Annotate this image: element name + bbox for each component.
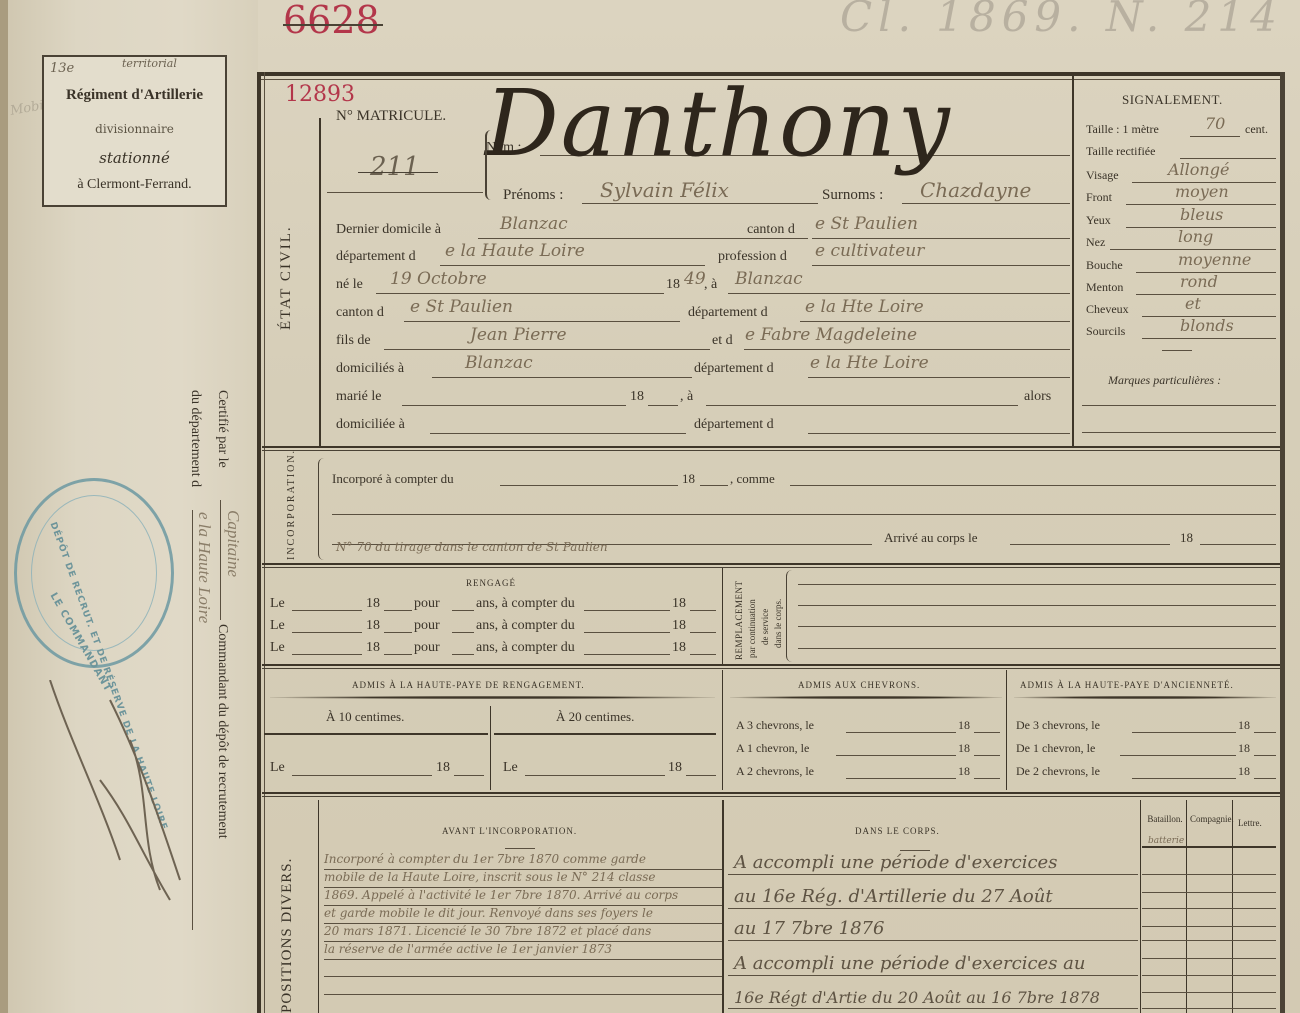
matricule-label: N° MATRICULE. bbox=[336, 108, 446, 125]
taille-line bbox=[1190, 136, 1240, 137]
tirage-note: N° 70 du tirage dans le canton de St Pau… bbox=[336, 540, 608, 554]
marques-label: Marques particulières : bbox=[1108, 373, 1221, 388]
yeux-label: Yeux bbox=[1086, 213, 1111, 228]
anciennete-3-year-line bbox=[1254, 732, 1276, 733]
anciennete-3-18: 18 bbox=[1238, 718, 1250, 733]
canton2-value: e St Paulien bbox=[410, 297, 513, 317]
taille-label: Taille : 1 mètre bbox=[1086, 122, 1159, 137]
menton-line bbox=[1136, 294, 1276, 295]
rengage-row2-18: 18 bbox=[366, 618, 380, 634]
positions-top-border bbox=[262, 792, 1280, 797]
rengage-row2-pour: pour bbox=[414, 618, 440, 634]
incorporation-line-2 bbox=[332, 514, 1276, 515]
rengage-top-border bbox=[262, 563, 1280, 568]
arrive-date-line bbox=[1010, 544, 1170, 545]
avant-line-3: 1869. Appelé à l'activité le 1er 7bre 18… bbox=[324, 888, 678, 902]
pere-line bbox=[384, 349, 710, 350]
surnoms-value: Chazdayne bbox=[920, 178, 1031, 202]
bouche-label: Bouche bbox=[1086, 258, 1123, 273]
alors-label: alors bbox=[1024, 389, 1051, 405]
dans-rule-1 bbox=[728, 874, 1138, 875]
incorporation-title: INCORPORATION. bbox=[286, 449, 297, 560]
rengage-row1-yearb-line bbox=[690, 610, 716, 611]
anciennete-1-year-line bbox=[1254, 755, 1276, 756]
col-10-centimes: À 10 centimes. bbox=[326, 709, 404, 725]
col-10-rule bbox=[264, 733, 488, 735]
rengage-row2-le: Le bbox=[270, 618, 285, 634]
col-10-year-line bbox=[454, 775, 484, 776]
chevron-1-18: 18 bbox=[958, 741, 970, 756]
rengage-row3-date-line bbox=[292, 654, 362, 655]
dans-line-1: A accompli une période d'exercices bbox=[734, 852, 1057, 873]
stamp-line1: Régiment d'Artillerie bbox=[44, 87, 225, 104]
remplacement-line3: de service bbox=[760, 609, 770, 645]
name-brace bbox=[485, 130, 495, 200]
canton2-line bbox=[404, 321, 680, 322]
anciennete-1-18: 18 bbox=[1238, 741, 1250, 756]
prenoms-line bbox=[582, 203, 818, 204]
rengage-row1-compter-line bbox=[584, 610, 670, 611]
rengage-row3-18b: 18 bbox=[672, 640, 686, 656]
stamp-number: 13e bbox=[50, 61, 74, 76]
col-compagnie: Compagnie. bbox=[1190, 814, 1230, 824]
dans-rule-3 bbox=[728, 940, 1138, 941]
faint-classe-annotation: Cl. 1869. N. 214 bbox=[840, 0, 1283, 41]
chevron-3-18: 18 bbox=[958, 718, 970, 733]
chevron-2-18: 18 bbox=[958, 764, 970, 779]
ne-le-value: 19 Octobre bbox=[390, 269, 487, 289]
comme-label: , comme bbox=[730, 471, 775, 487]
comme-line bbox=[790, 485, 1276, 486]
col-header-rule bbox=[1142, 846, 1276, 848]
front-label: Front bbox=[1086, 190, 1112, 205]
avant-separator bbox=[505, 848, 535, 849]
stamp-line3: stationné bbox=[44, 149, 225, 167]
rengage-row3-year-line bbox=[384, 654, 412, 655]
signalement-title: SIGNALEMENT. bbox=[1122, 92, 1223, 108]
taille-rectifiee-label: Taille rectifiée bbox=[1086, 144, 1155, 159]
rengage-row2-year-line bbox=[384, 632, 412, 633]
arrive-label: Arrivé au corps le bbox=[884, 530, 978, 546]
incorporation-top-border bbox=[262, 446, 1280, 451]
annee-prefix: 18 bbox=[666, 277, 680, 293]
taille-value: 70 bbox=[1205, 114, 1225, 133]
col-10-le: Le bbox=[270, 760, 285, 776]
chevrons-top-border bbox=[262, 664, 1280, 669]
remplacement-line-a bbox=[798, 584, 1276, 585]
incorporation-brace bbox=[318, 458, 326, 560]
remplacement-line-b bbox=[798, 605, 1276, 606]
dans-separator bbox=[900, 850, 930, 851]
certifie-departement: e la Haute Loire bbox=[194, 512, 214, 623]
rengage-row2-yearb-line bbox=[690, 632, 716, 633]
dans-rule-5 bbox=[728, 1008, 1138, 1009]
lieu-naissance-label: , à bbox=[704, 277, 717, 293]
anciennete-2-line bbox=[1132, 778, 1236, 779]
stamp-line4: à Clermont-Ferrand. bbox=[44, 177, 225, 193]
col-rule-9 bbox=[1142, 1008, 1276, 1009]
chevron-3-line bbox=[846, 732, 956, 733]
col-20-le: Le bbox=[503, 760, 518, 776]
dernier-domicile-value: Blanzac bbox=[500, 214, 568, 234]
bataillon-divider bbox=[1140, 800, 1141, 1013]
positions-left-divider bbox=[318, 800, 319, 1013]
dans-rule-4 bbox=[728, 975, 1138, 976]
col-20-centimes: À 20 centimes. bbox=[556, 709, 634, 725]
anciennete-1-line bbox=[1120, 755, 1236, 756]
rengage-row3-pour: pour bbox=[414, 640, 440, 656]
rengage-row2-ans-line bbox=[452, 632, 474, 633]
domicilies-value: Blanzac bbox=[465, 353, 533, 373]
etat-civil-divider bbox=[319, 118, 321, 448]
ornament-rule-1 bbox=[270, 696, 715, 699]
domiciliee-label: domiciliée à bbox=[336, 417, 405, 433]
chevron-3-year-line bbox=[974, 732, 1000, 733]
register-number-strike bbox=[283, 24, 383, 26]
chevron-2-label: A 2 chevrons, le bbox=[736, 764, 814, 779]
dernier-domicile-line bbox=[478, 238, 808, 239]
domicilies-line bbox=[432, 377, 692, 378]
remplacement-line4: dans le corps. bbox=[773, 599, 783, 648]
avant-line-1: Incorporé à compter du 1er 7bre 1870 com… bbox=[324, 852, 646, 866]
rengage-row3-le: Le bbox=[270, 640, 285, 656]
chevron-1-line bbox=[836, 755, 956, 756]
avant-dans-divider bbox=[722, 800, 724, 1013]
incorpore-18: 18 bbox=[682, 471, 695, 487]
col-bataillon-hand: batterie bbox=[1148, 836, 1184, 846]
bouche-value: moyenne bbox=[1178, 250, 1251, 269]
stamp-line2: divisionnaire bbox=[44, 122, 225, 136]
marie-a-label: , à bbox=[680, 389, 693, 405]
departement-line bbox=[440, 265, 705, 266]
prenoms-value: Sylvain Félix bbox=[600, 178, 729, 202]
ornament-rule-3 bbox=[1014, 696, 1276, 699]
red-number: 12893 bbox=[285, 82, 355, 107]
nez-value: long bbox=[1178, 227, 1213, 246]
fils-de-label: fils de bbox=[336, 333, 371, 349]
etat-civil-title: ÉTAT CIVIL. bbox=[278, 225, 295, 330]
profession-label: profession d bbox=[718, 249, 787, 265]
avant-rule-7 bbox=[324, 976, 722, 977]
rengage-row1-ans: ans, à compter du bbox=[476, 596, 575, 612]
surnoms-line bbox=[902, 203, 1070, 204]
prenoms-label: Prénoms : bbox=[503, 187, 563, 204]
domicilies-label: domiciliés à bbox=[336, 361, 404, 377]
remplacement-line1: REMPLACEMENT bbox=[734, 580, 744, 660]
nom-value: Danthony bbox=[485, 70, 952, 177]
certifie-label: Certifié par le bbox=[214, 390, 230, 468]
rengage-row2-ans: ans, à compter du bbox=[476, 618, 575, 634]
chevrons-title: ADMIS AUX CHEVRONS. bbox=[798, 680, 920, 690]
col-rule-8 bbox=[1142, 992, 1276, 993]
lieu-naissance-value: Blanzac bbox=[735, 269, 803, 289]
nez-label: Nez bbox=[1086, 235, 1105, 250]
lettre-divider bbox=[1232, 800, 1233, 1013]
departement2-value: e la Hte Loire bbox=[805, 297, 924, 317]
avant-rule-6 bbox=[324, 959, 722, 960]
annee-value: 49 bbox=[684, 269, 706, 289]
rengage-row1-date-line bbox=[292, 610, 362, 611]
avant-title: AVANT L'INCORPORATION. bbox=[442, 826, 577, 836]
lieu-naissance-line bbox=[728, 293, 1070, 294]
col-rule-4 bbox=[1142, 926, 1276, 927]
du-departement-label: du département d bbox=[187, 390, 203, 487]
visage-label: Visage bbox=[1086, 168, 1119, 183]
marie-line bbox=[402, 405, 626, 406]
positions-divers-title: POSITIONS DIVERS. bbox=[279, 858, 296, 1013]
certifie-line bbox=[220, 500, 221, 620]
departement3-line bbox=[808, 377, 1070, 378]
departement3-value: e la Hte Loire bbox=[810, 353, 929, 373]
recruitment-depot-seal: DÉPÔT DE RECRUT. ET DE RÉSERVE DE LA HAU… bbox=[14, 478, 174, 668]
departement-value: e la Haute Loire bbox=[445, 241, 585, 261]
signalement-separator bbox=[1162, 350, 1192, 351]
col-20-rule bbox=[494, 733, 716, 735]
rengage-row2-date-line bbox=[292, 632, 362, 633]
dernier-domicile-label: Dernier domicile à bbox=[336, 222, 441, 238]
profession-value: e cultivateur bbox=[815, 241, 924, 261]
rengage-row3-ans-line bbox=[452, 654, 474, 655]
frame-border-left-inner bbox=[264, 72, 265, 1013]
departement4-label: département d bbox=[694, 417, 774, 433]
ne-le-line bbox=[376, 293, 664, 294]
col-10-date-line bbox=[292, 775, 432, 776]
rengage-row1-year-line bbox=[384, 610, 412, 611]
remplacement-line-d bbox=[798, 648, 1276, 649]
rengage-row1-pour: pour bbox=[414, 596, 440, 612]
chevron-1-label: A 1 chevron, le bbox=[736, 741, 809, 756]
incorpore-year-line bbox=[700, 485, 728, 486]
cheveux-value: et bbox=[1185, 294, 1201, 313]
haute-paye-rengagement-title: ADMIS À LA HAUTE-PAYE DE RENGAGEMENT. bbox=[352, 680, 585, 690]
col-10-18: 18 bbox=[436, 760, 450, 776]
frame-border-left bbox=[257, 72, 261, 1013]
anciennete-2-18: 18 bbox=[1238, 764, 1250, 779]
profession-line bbox=[812, 265, 1070, 266]
certifie-grade: Capitaine bbox=[223, 510, 243, 577]
arrive-18: 18 bbox=[1180, 530, 1193, 546]
col-bataillon: Bataillon. bbox=[1145, 814, 1185, 824]
commander-signature bbox=[40, 680, 190, 920]
mere-value: e Fabre Magdeleine bbox=[745, 325, 917, 345]
pere-value: Jean Pierre bbox=[470, 325, 567, 345]
rengage-row3-18: 18 bbox=[366, 640, 380, 656]
yeux-value: bleus bbox=[1180, 205, 1223, 224]
rengage-row3-ans: ans, à compter du bbox=[476, 640, 575, 656]
marie-year-line bbox=[648, 405, 678, 406]
centimes-divider bbox=[490, 706, 491, 790]
du-departement-line bbox=[192, 510, 193, 930]
marques-line-2 bbox=[1082, 432, 1276, 433]
sourcils-value: blonds bbox=[1180, 316, 1234, 335]
incorpore-label: Incorporé à compter du bbox=[332, 471, 454, 487]
mere-line bbox=[744, 349, 1070, 350]
marques-line-1 bbox=[1082, 405, 1276, 406]
haute-paye-anciennete-title: ADMIS À LA HAUTE-PAYE D'ANCIENNETÉ. bbox=[1020, 680, 1234, 690]
rengage-row1-le: Le bbox=[270, 596, 285, 612]
departement-label: département d bbox=[336, 249, 416, 265]
departement3-label: département d bbox=[694, 361, 774, 377]
dans-title: DANS LE CORPS. bbox=[855, 826, 940, 836]
anciennete-2-label: De 2 chevrons, le bbox=[1016, 764, 1100, 779]
arrive-year-line bbox=[1200, 544, 1276, 545]
canton-value: e St Paulien bbox=[815, 214, 918, 234]
avant-rule-8 bbox=[324, 994, 722, 995]
dans-line-4: A accompli une période d'exercices au bbox=[734, 953, 1086, 974]
canton2-label: canton d bbox=[336, 305, 384, 321]
signalement-divider bbox=[1072, 76, 1074, 446]
departement2-line bbox=[800, 321, 1070, 322]
matricule-line bbox=[327, 192, 483, 193]
col-lettre: Lettre. bbox=[1238, 818, 1262, 828]
anciennete-1-label: De 1 chevron, le bbox=[1016, 741, 1095, 756]
taille-rectifiee-line bbox=[1180, 158, 1276, 159]
col-20-18: 18 bbox=[668, 760, 682, 776]
rengage-row1-18b: 18 bbox=[672, 596, 686, 612]
rengage-row3-yearb-line bbox=[690, 654, 716, 655]
stamp-territorial: territorial bbox=[122, 57, 177, 70]
col-rule-5 bbox=[1142, 940, 1276, 941]
departement4-line bbox=[808, 433, 1070, 434]
col-20-year-line bbox=[686, 775, 716, 776]
chevron-2-line bbox=[846, 778, 956, 779]
cheveux-label: Cheveux bbox=[1086, 302, 1129, 317]
sourcils-line bbox=[1142, 338, 1276, 339]
rengage-row1-18: 18 bbox=[366, 596, 380, 612]
ornament-rule-2 bbox=[730, 696, 1002, 699]
col-rule-2 bbox=[1142, 892, 1276, 893]
avant-line-4: et garde mobile le dit jour. Renvoyé dan… bbox=[324, 906, 653, 920]
avant-line-5: 20 mars 1871. Licencié le 30 7bre 1872 e… bbox=[324, 924, 651, 938]
ne-le-label: né le bbox=[336, 277, 363, 293]
frame-border-right bbox=[1280, 72, 1285, 1013]
taille-suffix: cent. bbox=[1245, 122, 1268, 137]
rengage-row3-compter-line bbox=[584, 654, 670, 655]
remplacement-brace bbox=[786, 570, 794, 662]
sourcils-label: Sourcils bbox=[1086, 324, 1125, 339]
chevrons-divider-right bbox=[1006, 670, 1007, 790]
register-number: 6628 bbox=[283, 0, 380, 42]
col-rule-6 bbox=[1142, 958, 1276, 959]
col-rule-1 bbox=[1142, 874, 1276, 875]
chevron-2-year-line bbox=[974, 778, 1000, 779]
marie-18: 18 bbox=[630, 389, 644, 405]
anciennete-3-label: De 3 chevrons, le bbox=[1016, 718, 1100, 733]
front-value: moyen bbox=[1175, 182, 1229, 201]
compagnie-divider bbox=[1186, 800, 1187, 1013]
marie-lieu-line bbox=[706, 405, 1018, 406]
dans-line-3: au 17 7bre 1876 bbox=[734, 918, 884, 939]
binding-edge bbox=[0, 0, 8, 1013]
dans-line-2: au 16e Rég. d'Artillerie du 27 Août bbox=[734, 886, 1053, 907]
dans-line-5: 16e Régt d'Artie du 20 Août au 16 7bre 1… bbox=[734, 988, 1100, 1007]
commandant-label: Commandant du dépôt de recrutement bbox=[214, 624, 230, 839]
departement2-label: département d bbox=[688, 305, 768, 321]
anciennete-3-line bbox=[1132, 732, 1236, 733]
canton-label: canton d bbox=[747, 222, 795, 238]
dans-rule-2 bbox=[728, 908, 1138, 909]
rengage-title: RENGAGÉ bbox=[466, 578, 516, 588]
col-rule-3 bbox=[1142, 908, 1276, 909]
surnoms-label: Surnoms : bbox=[822, 187, 883, 204]
regiment-stamp: 13e territorial Régiment d'Artillerie di… bbox=[42, 55, 227, 207]
canton-line bbox=[812, 238, 1070, 239]
rengage-row2-compter-line bbox=[584, 632, 670, 633]
remplacement-divider bbox=[722, 568, 723, 664]
et-de-label: et d bbox=[712, 333, 733, 349]
remplacement-line-c bbox=[798, 626, 1276, 627]
avant-line-6: la réserve de l'armée active le 1er janv… bbox=[324, 942, 612, 956]
rengage-row1-ans-line bbox=[452, 610, 474, 611]
visage-value: Allongé bbox=[1168, 160, 1229, 179]
remplacement-line2: par continuation bbox=[747, 599, 757, 658]
col-rule-7 bbox=[1142, 975, 1276, 976]
matricule-value: 211 bbox=[370, 152, 420, 182]
matricule-strike bbox=[358, 172, 438, 173]
chevrons-divider-left bbox=[722, 670, 723, 790]
rengage-row2-18b: 18 bbox=[672, 618, 686, 634]
domiciliee-line bbox=[430, 433, 686, 434]
incorpore-date-line bbox=[500, 485, 678, 486]
col-20-date-line bbox=[525, 775, 665, 776]
menton-label: Menton bbox=[1086, 280, 1123, 295]
menton-value: rond bbox=[1180, 272, 1218, 291]
chevron-1-year-line bbox=[974, 755, 1000, 756]
chevron-3-label: A 3 chevrons, le bbox=[736, 718, 814, 733]
avant-line-2: mobile de la Haute Loire, inscrit sous l… bbox=[324, 870, 656, 884]
marie-label: marié le bbox=[336, 389, 381, 405]
anciennete-2-year-line bbox=[1254, 778, 1276, 779]
